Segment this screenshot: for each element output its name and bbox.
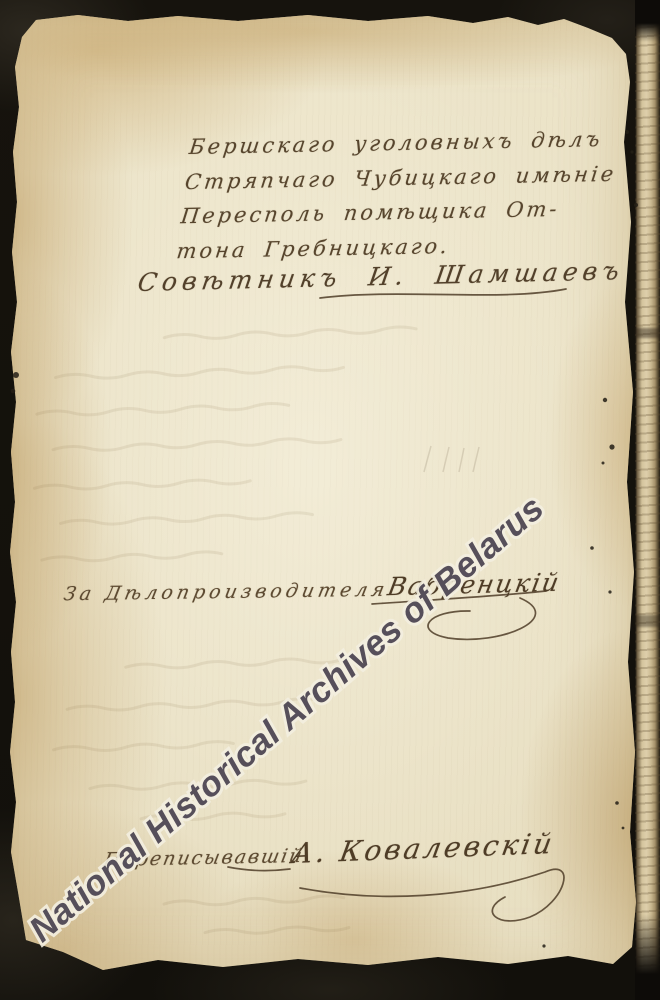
scanned-document: Бершскаго уголовныхъ дѣлъ Стряпчаго Чуби… bbox=[0, 0, 660, 1000]
signature-flourishes bbox=[0, 0, 660, 1000]
